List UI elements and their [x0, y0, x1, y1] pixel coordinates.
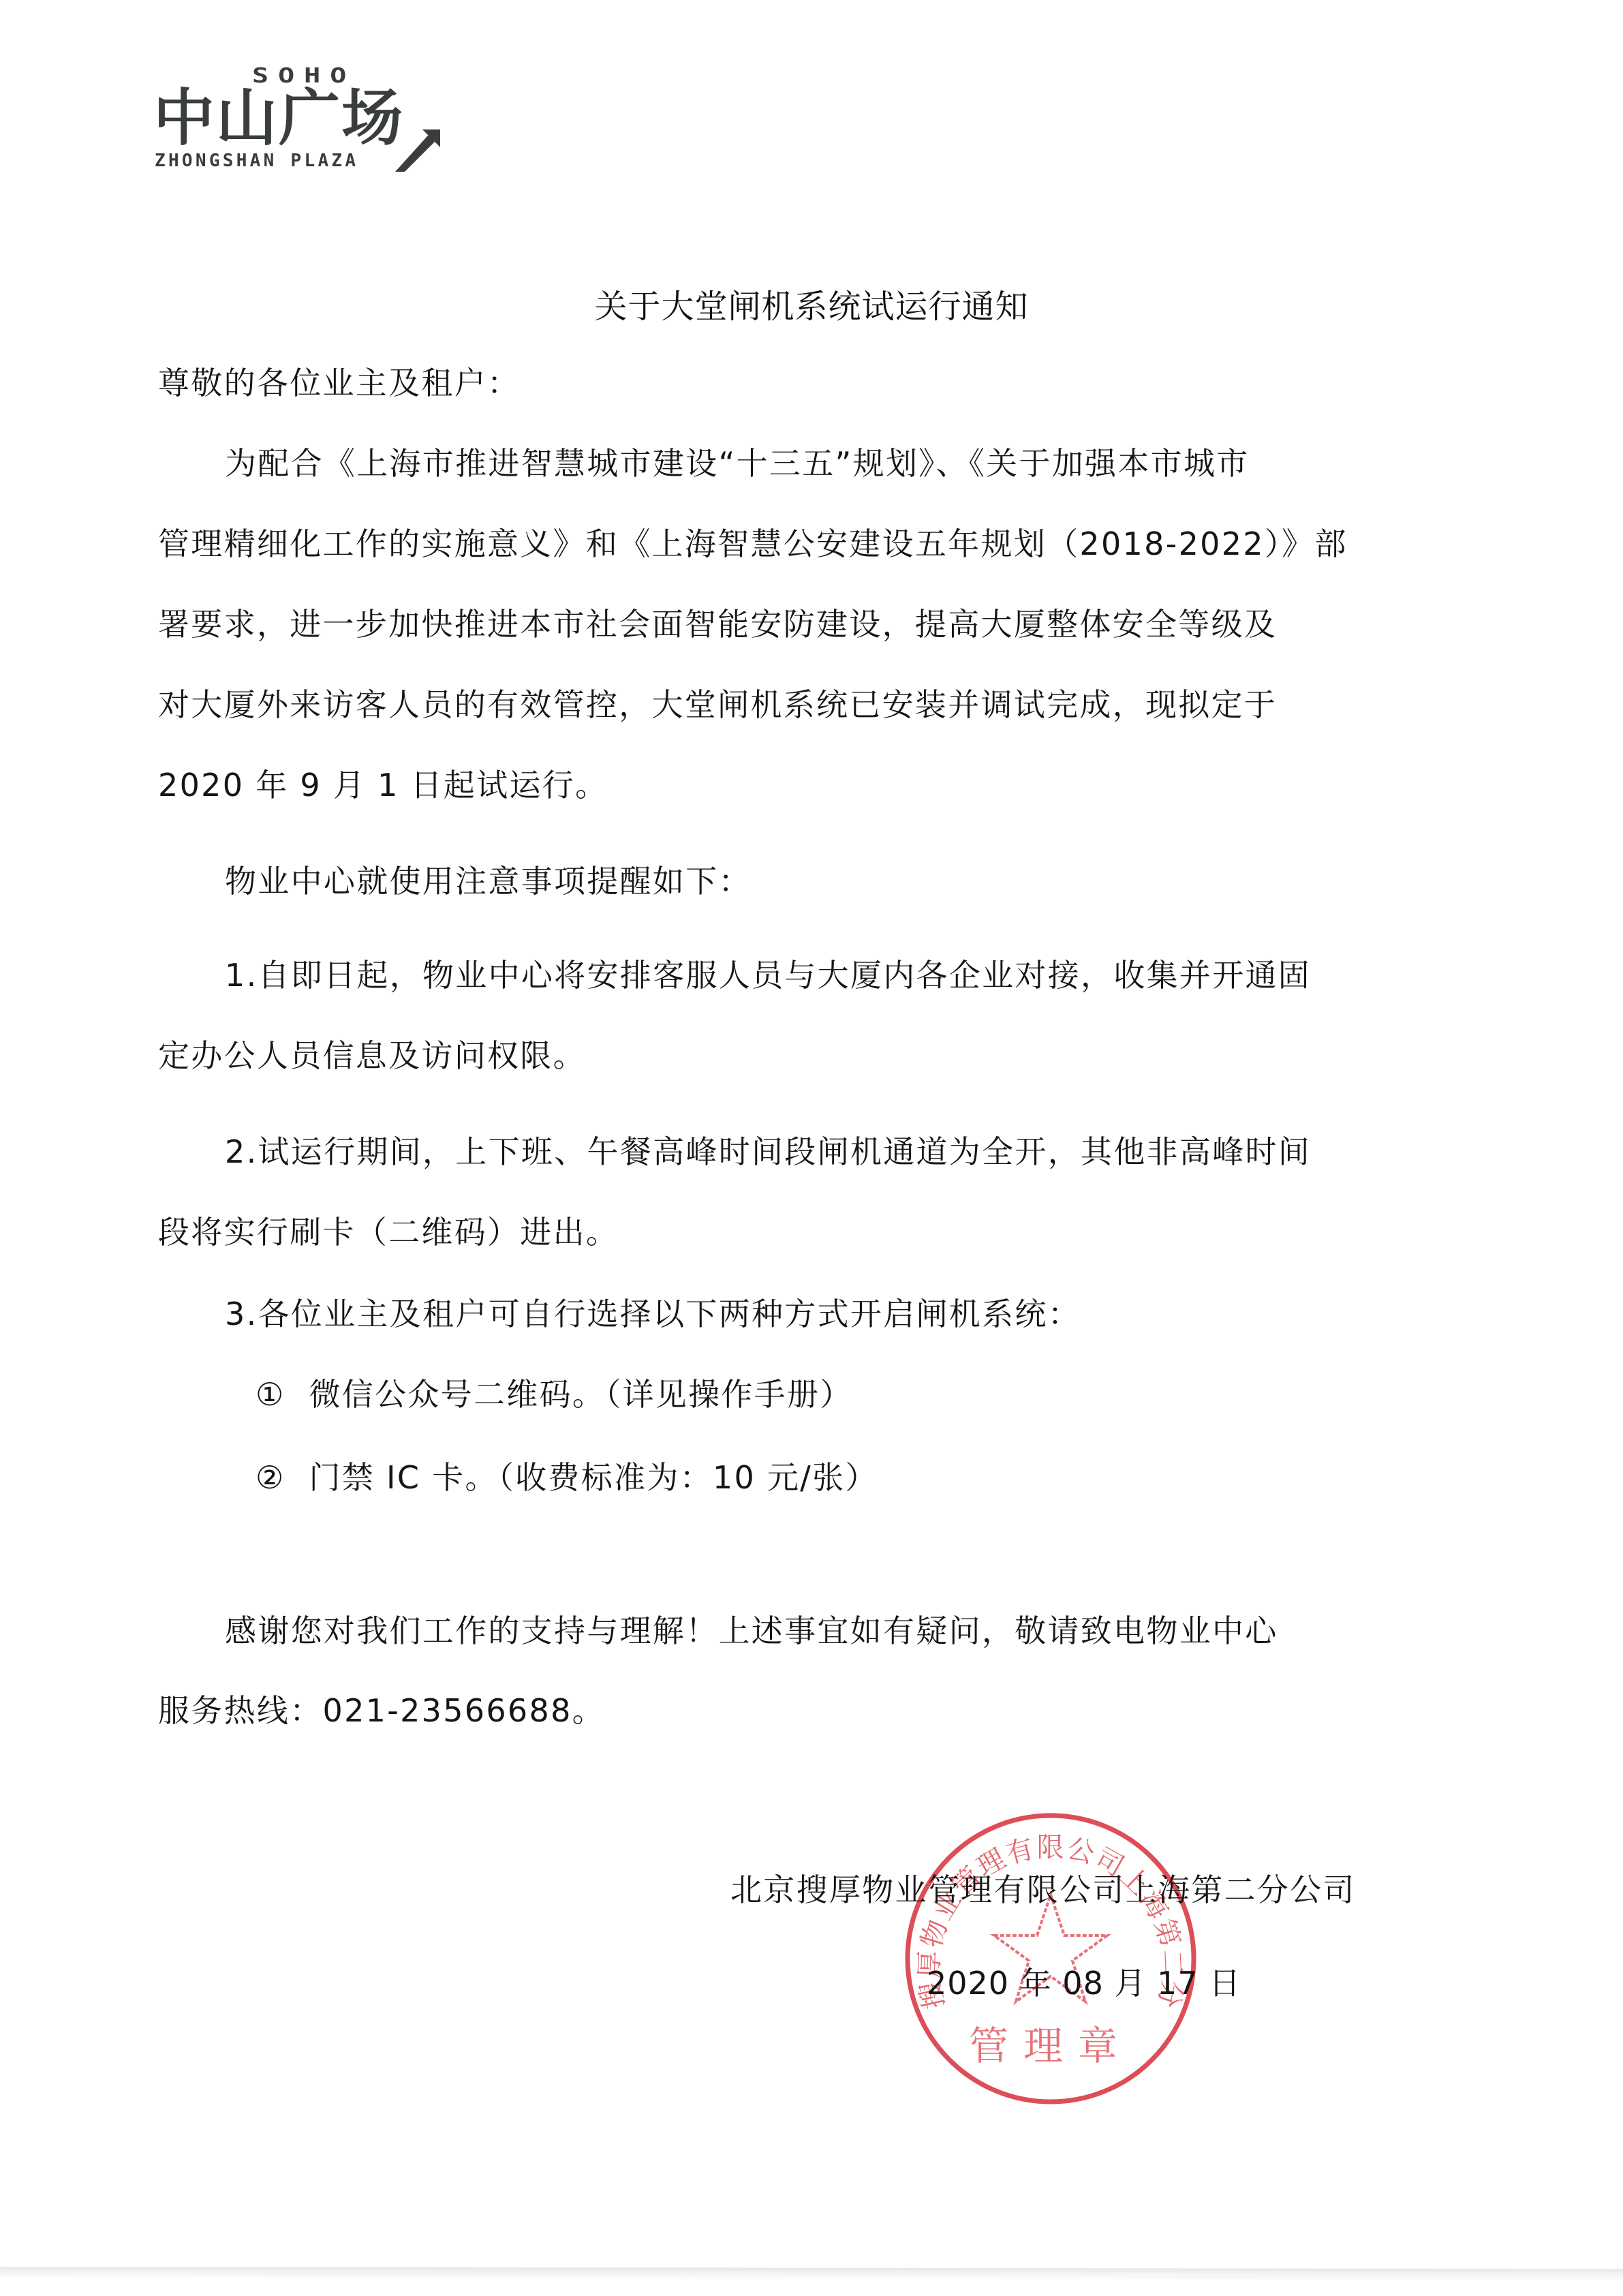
paragraph-1-line: 管理精细化工作的实施意义》和《上海智慧公安建设五年规划（2018-2022）》部	[158, 523, 1348, 564]
option-text: 微信公众号二维码。（详见操作手册）	[309, 1376, 852, 1413]
logo-soho-text: SOHO	[252, 68, 356, 84]
item-1-line: 定办公人员信息及访问权限。	[158, 1035, 586, 1076]
item-2-line: 段将实行刷卡（二维码）进出。	[158, 1212, 619, 1253]
document-title: 关于大堂闸机系统试运行通知	[0, 286, 1623, 327]
seal-center-text: 管理章	[969, 2023, 1132, 2069]
paragraph-1-line: 对大厦外来访客人员的有效管控，大堂闸机系统已安装并调试完成，现拟定于	[158, 684, 1277, 725]
company-seal-stamp: 北京搜厚物业管理有限公司上海第二分公司 管理章	[899, 1807, 1203, 2111]
item-3-line: 3.各位业主及租户可自行选择以下两种方式开启闸机系统：	[225, 1294, 1081, 1334]
reminder-intro: 物业中心就使用注意事项提醒如下：	[225, 861, 752, 902]
option-ic-card: ② 门禁 IC 卡。（收费标准为：10 元/张）	[256, 1457, 878, 1498]
document-page: SOHO 中山广场 ZHONGSHAN PLAZA 关于大堂闸机系统试运行通知 …	[0, 0, 1623, 2296]
logo-arrow-icon	[395, 129, 443, 172]
salutation: 尊敬的各位业主及租户：	[158, 363, 520, 403]
logo-chinese-name: 中山广场	[153, 87, 404, 150]
closing-line: 感谢您对我们工作的支持与理解！上述事宜如有疑问，敬请致电物业中心	[225, 1610, 1278, 1651]
option-marker: ②	[256, 1459, 285, 1496]
item-1-line: 1.自即日起，物业中心将安排客服人员与大厦内各企业对接，收集并开通固	[225, 955, 1311, 996]
option-marker: ①	[256, 1376, 285, 1413]
option-text: 门禁 IC 卡。（收费标准为：10 元/张）	[309, 1459, 878, 1496]
paragraph-1-line: 署要求，进一步加快推进本市社会面智能安防建设，提高大厦整体安全等级及	[158, 604, 1277, 645]
item-2-line: 2.试运行期间，上下班、午餐高峰时间段闸机通道为全开，其他非高峰时间	[225, 1131, 1311, 1172]
signature-company: 北京搜厚物业管理有限公司上海第二分公司	[730, 1869, 1356, 1910]
soho-zhongshan-plaza-logo: SOHO 中山广场 ZHONGSHAN PLAZA	[153, 68, 439, 170]
scan-bottom-edge	[0, 2267, 1623, 2280]
signature-date: 2020 年 08 月 17 日	[927, 1963, 1241, 2004]
option-wechat-qr: ① 微信公众号二维码。（详见操作手册）	[256, 1374, 853, 1415]
logo-english-name: ZHONGSHAN PLAZA	[155, 151, 358, 170]
paragraph-1-line: 2020 年 9 月 1 日起试运行。	[158, 765, 608, 806]
paragraph-1-line: 为配合《上海市推进智慧城市建设“十三五”规划》、《关于加强本市城市	[225, 443, 1250, 484]
closing-line: 服务热线：021-23566688。	[158, 1690, 605, 1731]
